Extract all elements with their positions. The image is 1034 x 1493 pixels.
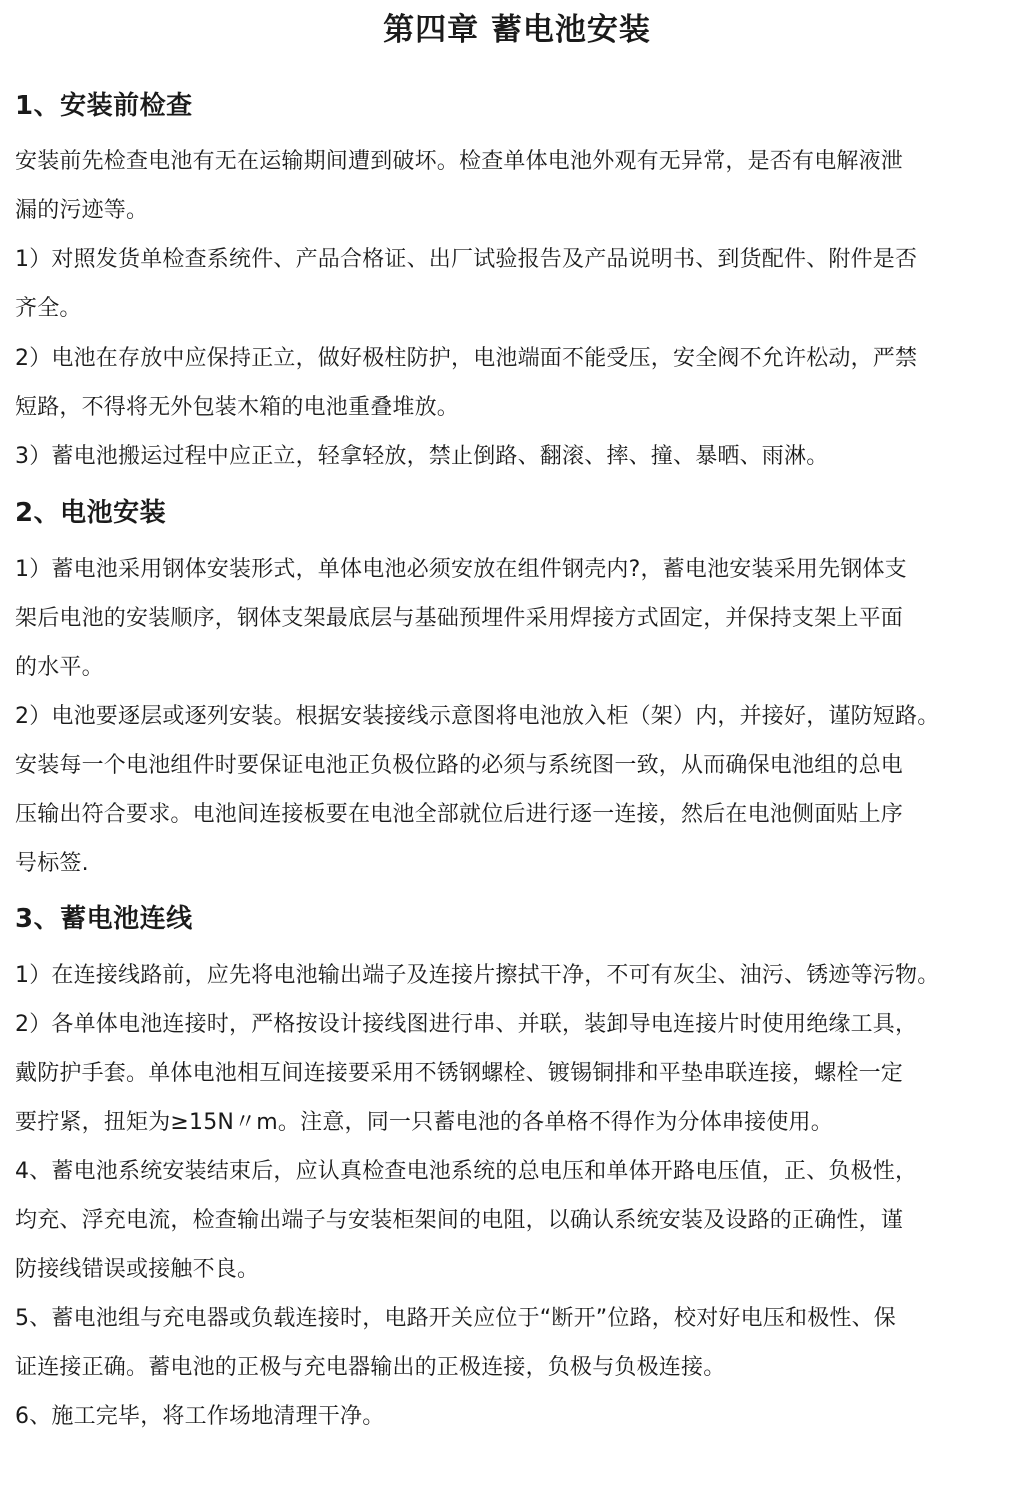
- paragraph-line: 1）在连接线路前，应先将电池输出端子及连接片擦拭干净，不可有灰尘、油污、锈迹等污…: [15, 961, 1023, 991]
- paragraph-line: 防接线错误或接触不良。: [15, 1255, 1023, 1285]
- paragraph-line: 3）蓄电池搬运过程中应正立，轻拿轻放，禁止倒路、翻滚、摔、撞、暴晒、雨淋。: [15, 442, 1023, 472]
- paragraph-line: 均充、浮充电流，检查输出端子与安装柜架间的电阻，以确认系统安装及设路的正确性，谨: [15, 1206, 1023, 1236]
- paragraph-line: 1）对照发货单检查系统件、产品合格证、出厂试验报告及产品说明书、到货配件、附件是…: [15, 245, 1023, 275]
- paragraph-line: 2）电池要逐层或逐列安装。根据安装接线示意图将电池放入柜（架）内，并接好，谨防短…: [15, 702, 1023, 732]
- section-heading-1: 1、安装前检查: [15, 88, 193, 124]
- section-heading-3: 3、蓄电池连线: [15, 901, 193, 937]
- paragraph-line: 5、蓄电池组与充电器或负载连接时，电路开关应位于“断开”位路，校对好电压和极性、…: [15, 1304, 1023, 1334]
- paragraph-line: 要拧紧，扭矩为≥15N〃m。注意，同一只蓄电池的各单格不得作为分体串接使用。: [15, 1108, 1023, 1138]
- paragraph-line: 证连接正确。蓄电池的正极与充电器输出的正极连接，负极与负极连接。: [15, 1353, 1023, 1383]
- paragraph-line: 架后电池的安装顺序，钢体支架最底层与基础预埋件采用焊接方式固定，并保持支架上平面: [15, 604, 1023, 634]
- chapter-title: 第四章 蓄电池安装: [0, 8, 1034, 52]
- paragraph-line: 戴防护手套。单体电池相互间连接要采用不锈钢螺栓、镀锡铜排和平垫串联连接，螺栓一定: [15, 1059, 1023, 1089]
- paragraph-line: 齐全。: [15, 294, 1023, 324]
- paragraph-line: 6、施工完毕，将工作场地清理干净。: [15, 1402, 1023, 1432]
- paragraph-line: 漏的污迹等。: [15, 196, 1023, 226]
- paragraph-line: 2）各单体电池连接时，严格按设计接线图进行串、并联，装卸导电连接片时使用绝缘工具…: [15, 1010, 1023, 1040]
- section-heading-2: 2、电池安装: [15, 495, 166, 531]
- paragraph-line: 压输出符合要求。电池间连接板要在电池全部就位后进行逐一连接，然后在电池侧面贴上序: [15, 800, 1023, 830]
- paragraph-line: 4、蓄电池系统安装结束后，应认真检查电池系统的总电压和单体开路电压值，正、负极性…: [15, 1157, 1023, 1187]
- paragraph-line: 短路，不得将无外包装木箱的电池重叠堆放。: [15, 393, 1023, 423]
- paragraph-line: 号标签.: [15, 849, 1023, 879]
- paragraph-line: 的水平。: [15, 653, 1023, 683]
- paragraph-line: 2）电池在存放中应保持正立，做好极柱防护，电池端面不能受压，安全阀不允许松动，严…: [15, 344, 1023, 374]
- paragraph-line: 1）蓄电池采用钢体安装形式，单体电池必须安放在组件钢壳内?，蓄电池安装采用先钢体…: [15, 555, 1023, 585]
- paragraph-line: 安装每一个电池组件时要保证电池正负极位路的必须与系统图一致，从而确保电池组的总电: [15, 751, 1023, 781]
- paragraph-line: 安装前先检查电池有无在运输期间遭到破坏。检查单体电池外观有无异常，是否有电解液泄: [15, 147, 1023, 177]
- document-page: 第四章 蓄电池安装 1、安装前检查 安装前先检查电池有无在运输期间遭到破坏。检查…: [0, 0, 1034, 1493]
